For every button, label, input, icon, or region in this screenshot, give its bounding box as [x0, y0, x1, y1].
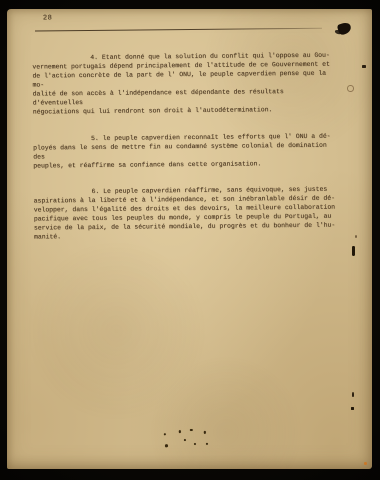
paragraph-6: 6. Le peuple capverdien réaffirme, sans …	[33, 185, 338, 242]
ornament-dot	[203, 431, 206, 434]
ornament-dot	[178, 430, 181, 433]
ornament-dot	[183, 439, 186, 442]
edge-square-mark	[362, 65, 366, 68]
edge-square-mark	[351, 407, 354, 410]
paragraph-4: 4. Etant donné que la solution du confli…	[32, 51, 337, 117]
paragraph-5: 5. le peuple capverdien reconnaît les ef…	[33, 131, 337, 170]
header-rule	[35, 27, 322, 31]
scanner-background: 28 4. Etant donné que la solution du con…	[0, 0, 380, 480]
page-content: 28 4. Etant donné que la solution du con…	[5, 7, 374, 470]
ornament-dot	[190, 428, 193, 431]
vertical-bar-mark	[352, 246, 355, 256]
text-block: 4. Etant donné que la solution du confli…	[32, 42, 338, 259]
ornament-dot	[163, 433, 166, 436]
orange-speck	[364, 462, 367, 465]
ornament-dot	[165, 444, 168, 447]
page-number: 28	[43, 14, 52, 22]
ring-mark	[347, 85, 354, 92]
ornament-dot	[193, 442, 196, 445]
ornament-dot	[205, 442, 208, 445]
speck-mark	[355, 235, 357, 238]
document-page: 28 4. Etant donné que la solution du con…	[7, 9, 372, 469]
footer-ornament	[161, 428, 213, 448]
